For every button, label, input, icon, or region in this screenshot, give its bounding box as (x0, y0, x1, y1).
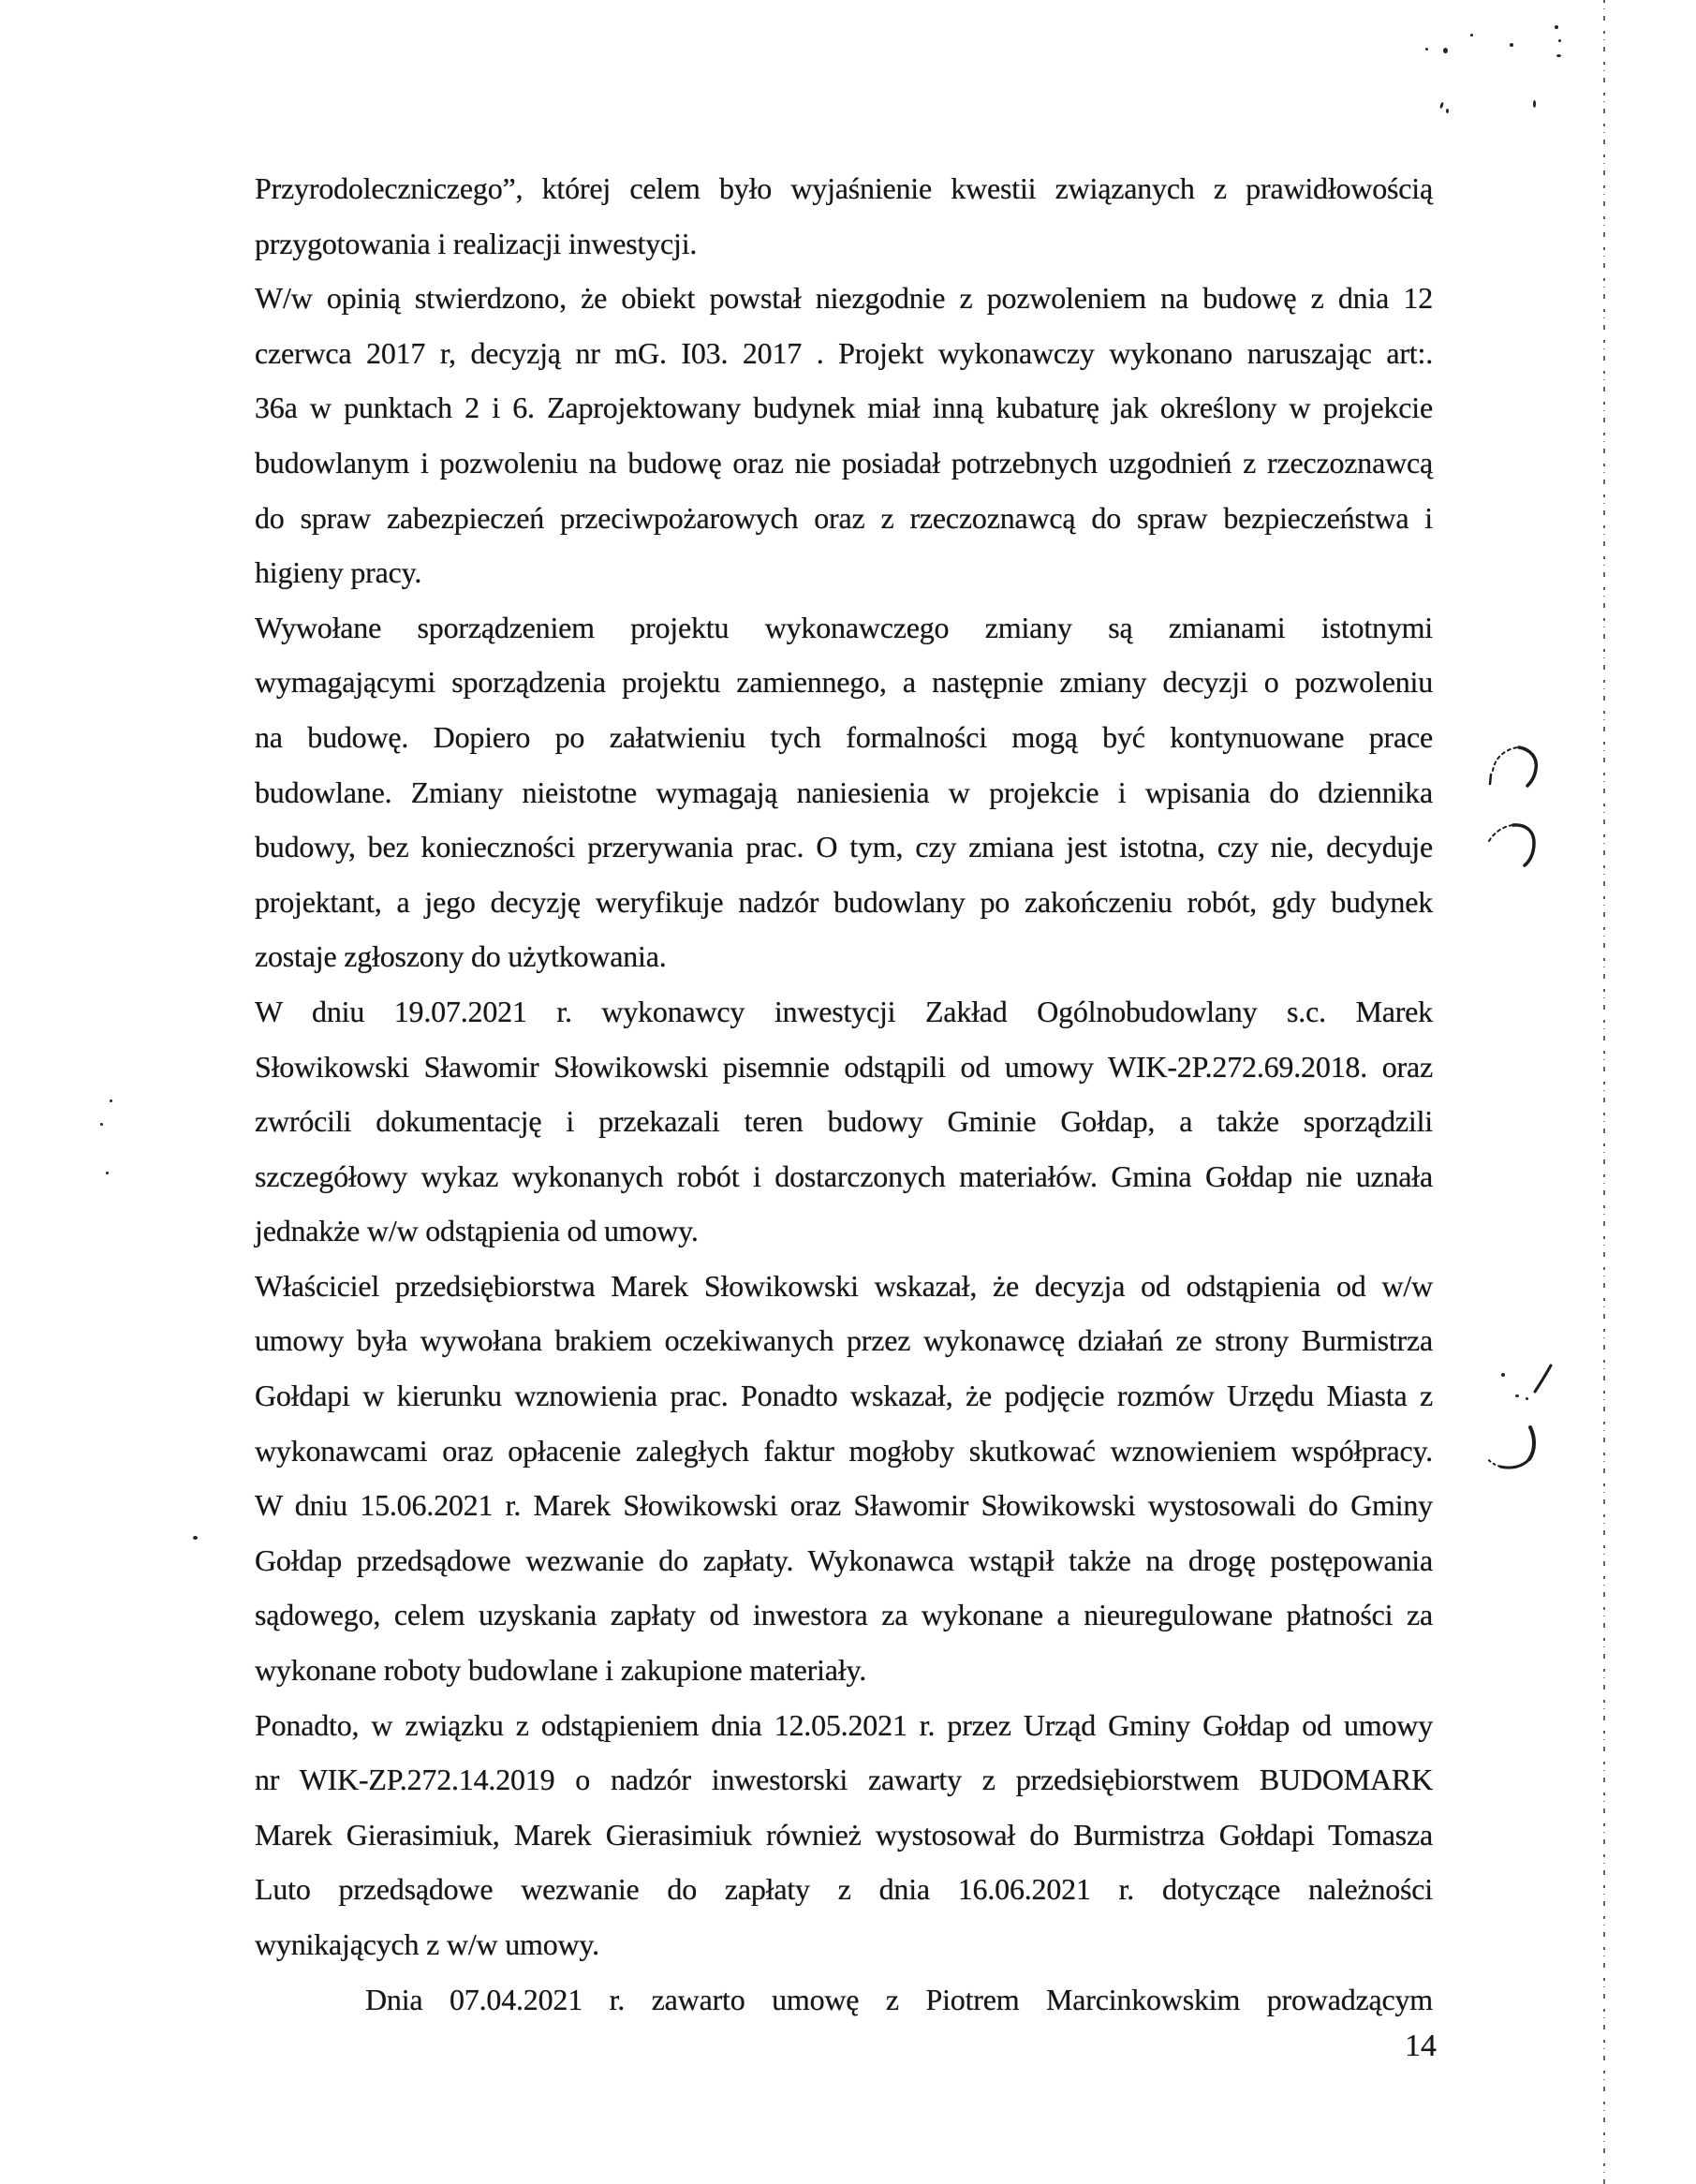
text-line: na budowę. Dopiero po załatwieniu tych f… (255, 710, 1433, 765)
text-line: budowlanym i pozwoleniu na budowę oraz n… (255, 435, 1433, 491)
handwritten-mark-curve (1485, 817, 1541, 869)
text-line: wymagającymi sporządzenia projektu zamie… (255, 655, 1433, 710)
scan-speck (110, 1099, 112, 1102)
text-line: jednakże w/w odstąpienia od umowy. (255, 1203, 1433, 1259)
text-line: nr WIK-ZP.272.14.2019 o nadzór inwestors… (255, 1752, 1433, 1808)
text-line: Marek Gierasimiuk, Marek Gierasimiuk rów… (255, 1808, 1433, 1863)
scan-speck (1425, 48, 1428, 51)
text-line: wynikających z w/w umowy. (255, 1917, 1433, 1972)
text-line: Dnia 07.04.2021 r. zawarto umowę z Piotr… (255, 1972, 1433, 2028)
text-line: W dniu 15.06.2021 r. Marek Słowikowski o… (255, 1478, 1433, 1533)
text-line: Gołdapi w kierunku wznowienia prac. Pona… (255, 1368, 1433, 1424)
scan-speck (1533, 100, 1536, 108)
text-line: W/w opinią stwierdzono, że obiekt powsta… (255, 271, 1433, 326)
text-line: Właściciel przedsiębiorstwa Marek Słowik… (255, 1259, 1433, 1314)
scan-speck (1515, 1395, 1519, 1397)
text-line: Gołdap przedsądowe wezwanie do zapłaty. … (255, 1533, 1433, 1588)
text-line: zostaje zgłoszony do użytkowania. (255, 929, 1433, 984)
page-number: 14 (1405, 2029, 1437, 2064)
text-line: W dniu 19.07.2021 r. wykonawcy inwestycj… (255, 984, 1433, 1040)
text-line: czerwca 2017 r, decyzją nr mG. I03. 2017… (255, 326, 1433, 381)
text-line: Ponadto, w związku z odstąpieniem dnia 1… (255, 1698, 1433, 1753)
scan-speck (193, 1536, 198, 1540)
text-line: zwrócili dokumentację i przekazali teren… (255, 1094, 1433, 1149)
text-line: 36a w punktach 2 i 6. Zaprojektowany bud… (255, 380, 1433, 435)
text-line: higieny pracy. (255, 545, 1433, 600)
scan-speck (1446, 109, 1449, 113)
scan-speck (1526, 1397, 1528, 1400)
text-line: projektant, a jego decyzję weryfikuje na… (255, 875, 1433, 930)
text-line: Przyrodoleczniczego”, której celem było … (255, 161, 1433, 216)
scan-speck (1501, 1373, 1505, 1377)
scan-speck (1556, 54, 1561, 57)
text-line: budowlane. Zmiany nieistotne wymagają na… (255, 765, 1433, 820)
handwritten-mark-open-circle (1485, 743, 1545, 791)
scan-speck (1439, 102, 1444, 110)
text-line: do spraw zabezpieczeń przeciwpożarowych … (255, 491, 1433, 546)
text-line: Wywołane sporządzeniem projektu wykonawc… (255, 600, 1433, 656)
text-line: przygotowania i realizacji inwestycji. (255, 216, 1433, 272)
text-line: wykonawcami oraz opłacenie zaległych fak… (255, 1424, 1433, 1479)
text-line: Słowikowski Sławomir Słowikowski pisemni… (255, 1040, 1433, 1095)
scan-speck (1470, 34, 1473, 37)
text-line: budowy, bez konieczności przerywania pra… (255, 819, 1433, 875)
scan-speck (1558, 39, 1561, 42)
document-page-text: Przyrodoleczniczego”, której celem było … (255, 161, 1433, 2027)
scan-speck (1510, 43, 1513, 47)
handwritten-mark-slash (1530, 1363, 1555, 1395)
text-line: Luto przedsądowe wezwanie do zapłaty z d… (255, 1862, 1433, 1917)
scanned-document: { "doc": { "lines": [ "Przyrodolecznicze… (0, 0, 1696, 2184)
text-line: wykonane roboty budowlane i zakupione ma… (255, 1643, 1433, 1698)
scan-speck (1443, 48, 1448, 53)
text-line: sądowego, celem uzyskania zapłaty od inw… (255, 1587, 1433, 1643)
handwritten-mark-hook (1485, 1425, 1543, 1476)
scan-speck (1555, 25, 1558, 29)
scan-speck (100, 1123, 103, 1126)
scan-edge-dashed-line (1603, 0, 1605, 2184)
text-line: szczegółowy wykaz wykonanych robót i dos… (255, 1149, 1433, 1204)
text-line: umowy była wywołana brakiem oczekiwanych… (255, 1313, 1433, 1368)
scan-speck (106, 1172, 109, 1174)
